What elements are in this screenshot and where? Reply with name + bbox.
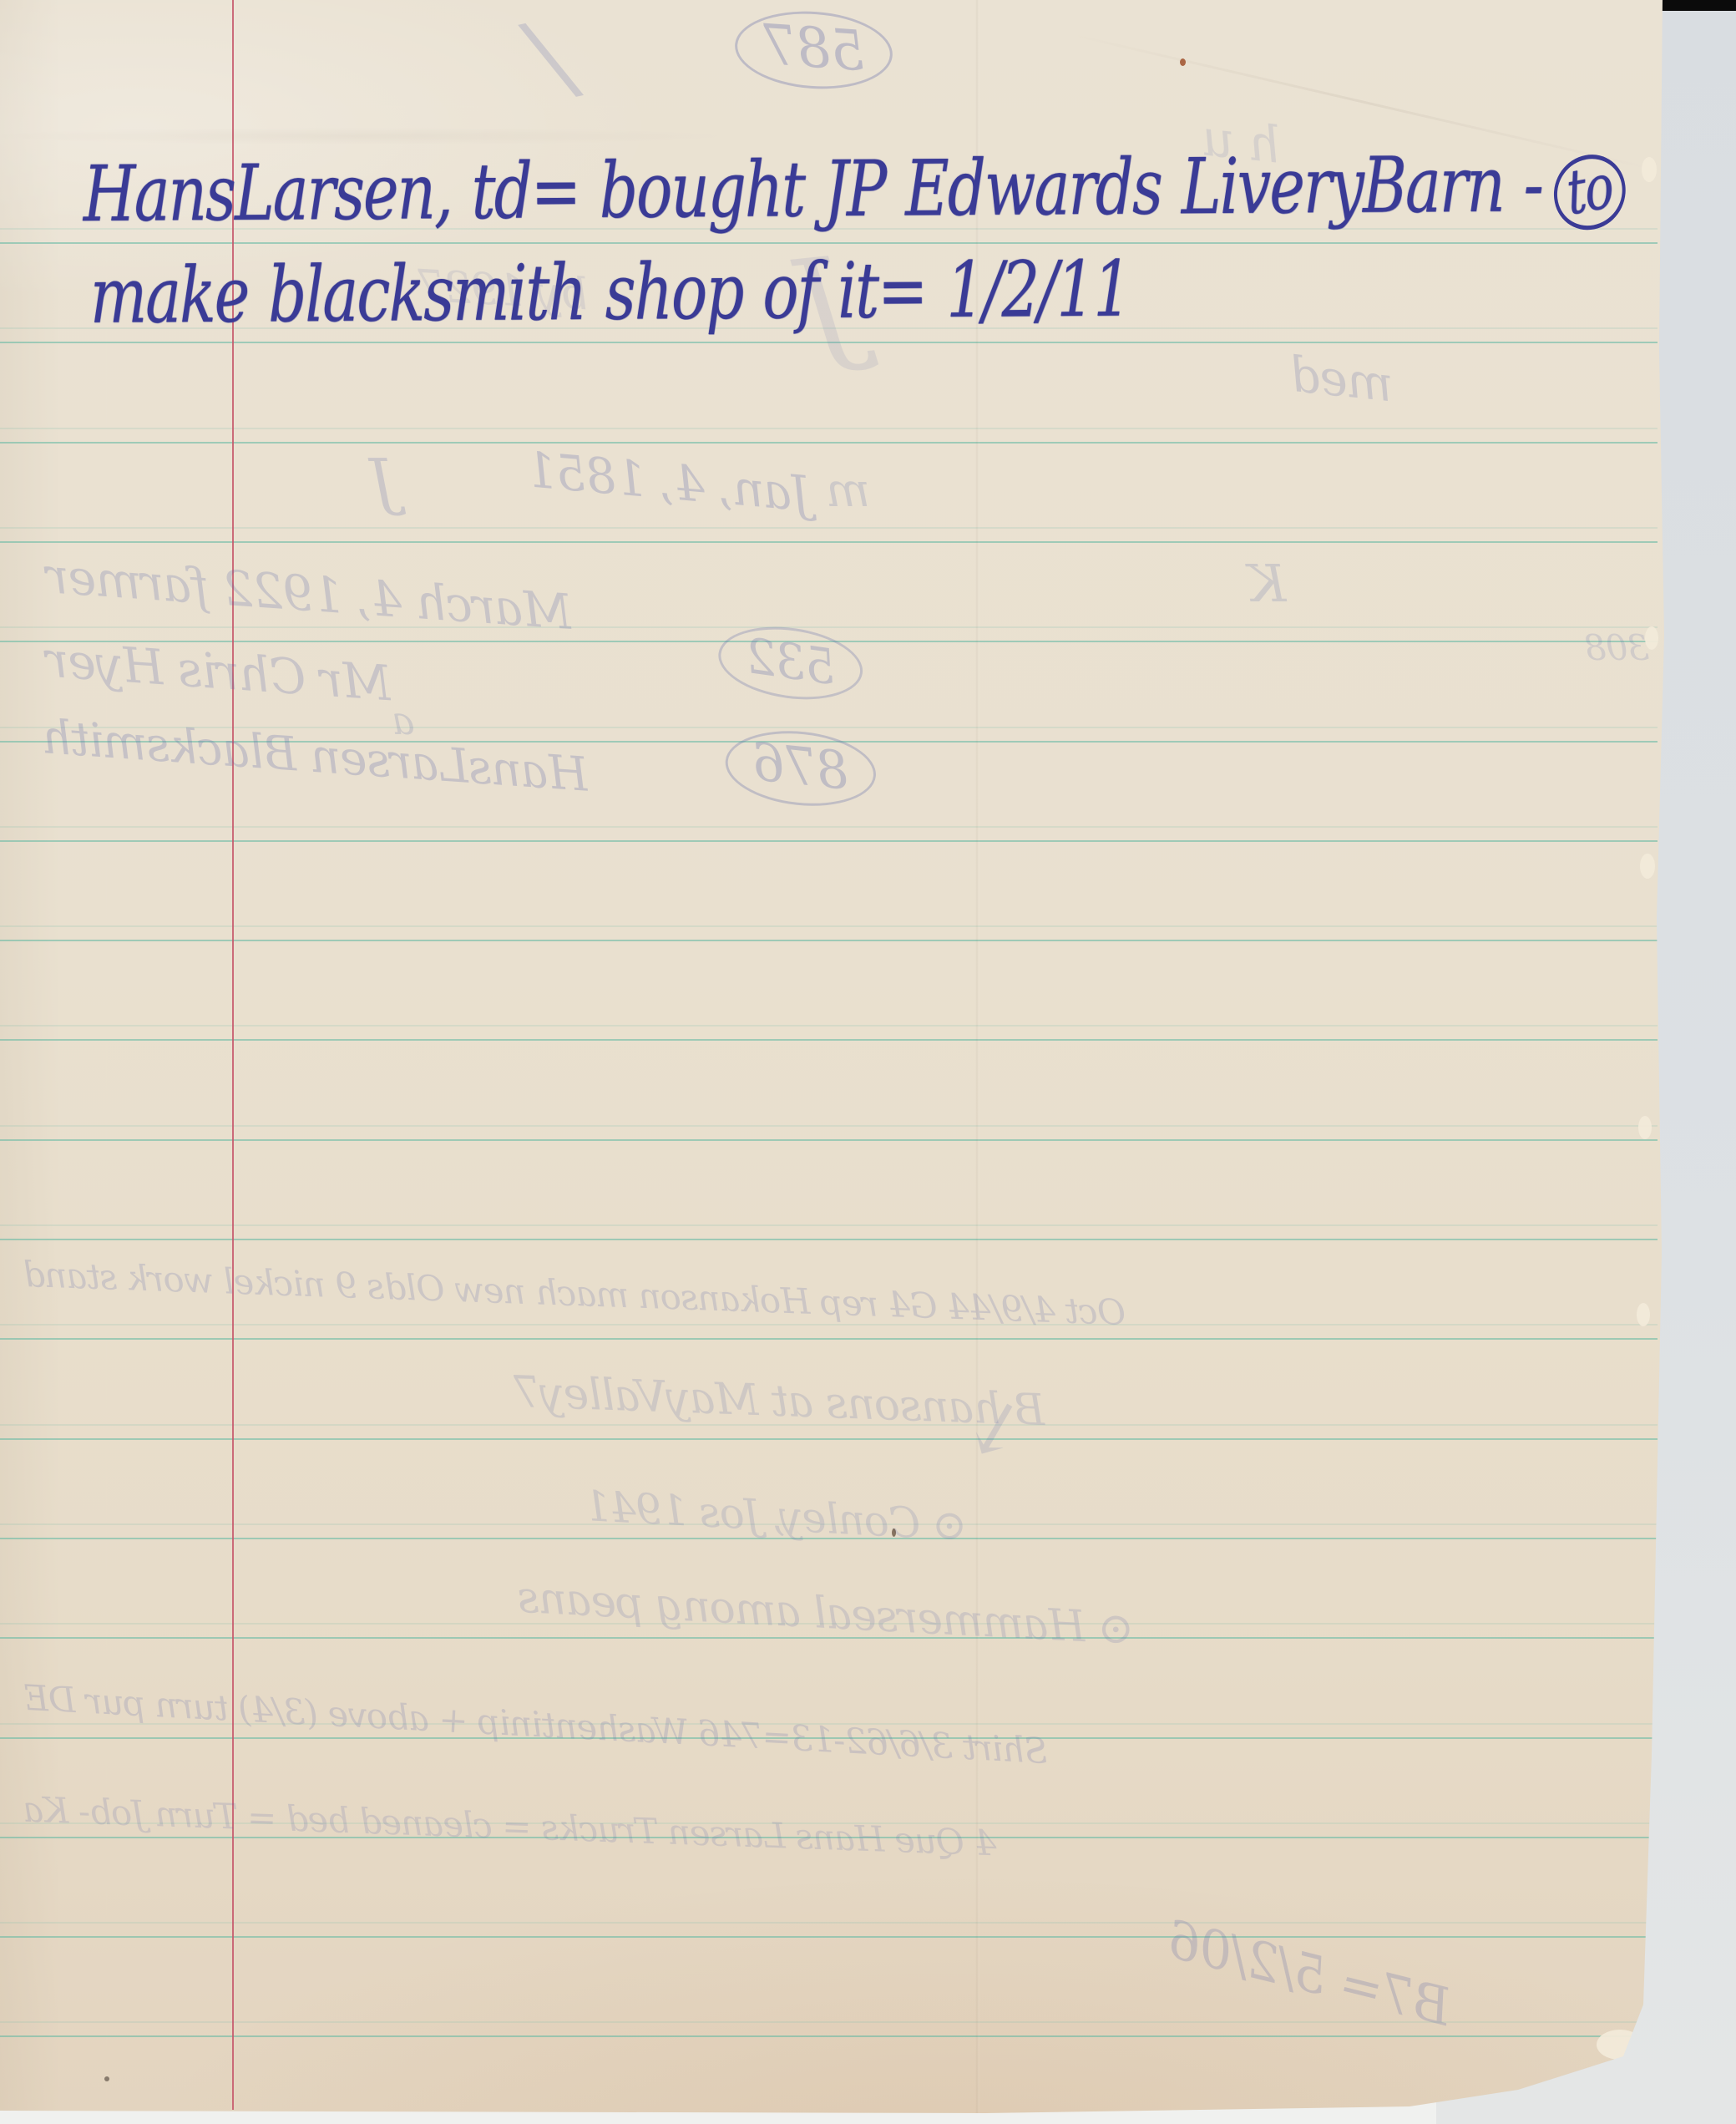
paper-speck [1180, 58, 1186, 66]
bleed-K: K [1248, 558, 1286, 610]
stamp-587: 587 [732, 7, 895, 94]
perforation-nick [1637, 1303, 1650, 1326]
ruled-line [0, 1438, 1658, 1440]
ruled-line [0, 940, 1658, 941]
perforation-nick [1638, 1116, 1652, 1139]
ruled-line-echo [0, 428, 1658, 429]
paper-speck [892, 1528, 896, 1537]
bleed-long-line-2: Shirt 3/6/62-13=746 Washentinip + above … [23, 1680, 1049, 1769]
stamp-876: 876 [721, 724, 880, 813]
ruled-line-echo [0, 925, 1658, 927]
ruled-line-echo [0, 1922, 1658, 1924]
bleed-oval-outline: 532 [714, 618, 868, 707]
bleed-long-line-3: 4 Que Hans Larsen Trucks = cleaned bed =… [23, 1792, 998, 1862]
ruled-line [0, 840, 1658, 842]
perforation-nick [1645, 626, 1658, 650]
paper-speck [104, 2076, 109, 2081]
ruled-line-echo [0, 626, 1658, 628]
ruled-line-echo [0, 527, 1658, 529]
ruled-line [0, 1338, 1658, 1340]
ruled-line [0, 541, 1658, 543]
ruled-line [0, 2035, 1658, 2037]
ruled-line [0, 1239, 1658, 1240]
bleed-name-hyer: Mr Chris Hyer [44, 636, 392, 708]
bleed-long-line-1: Oct 4/9/44 G4 rep Hokanson mach new Olds… [23, 1257, 1126, 1331]
perforation-nick [1642, 157, 1657, 182]
bleed-308: 308 [1585, 631, 1649, 666]
note-line-1-text: HansLarsen, td= bought JP Edwards Livery… [84, 139, 1542, 239]
bleed-J: J [372, 451, 396, 513]
bleed-oval-outline: 876 [721, 724, 880, 813]
check-slash-mark: / [524, 6, 578, 111]
scanned-notebook-page: /587h uJby 1927medJJan, 4, 1851mMarch 4,… [0, 0, 1736, 2124]
ruled-line [0, 1039, 1658, 1041]
bleed-date-1851: Jan, 4, 1851 [524, 445, 812, 519]
bleed-date-1922: March 4, 1922 farmer [45, 551, 574, 636]
ruled-line [0, 1936, 1658, 1938]
stamp-532: 532 [714, 618, 868, 707]
horizontal-crease [0, 125, 793, 147]
notebook-paper: /587h uJby 1927medJJan, 4, 1851mMarch 4,… [0, 0, 1736, 2124]
handwritten-note-line-2: make blacksmith shop of it= 1/2/11 [90, 250, 1131, 334]
bleed-oval-outline: 587 [732, 7, 895, 94]
ruled-line-echo [0, 1224, 1658, 1226]
ruled-line-echo [0, 1025, 1658, 1027]
handwritten-note-line-1: HansLarsen, td= bought JP Edwards Livery… [84, 145, 1626, 240]
bleed-peans: ⊙ Hammerseal among peans [517, 1576, 1135, 1652]
ruled-line-echo [0, 826, 1658, 828]
ruled-line [0, 442, 1658, 444]
bleed-med: med [1288, 350, 1395, 409]
bleed-m: m [827, 468, 870, 515]
ruled-line [0, 1139, 1658, 1141]
bleed-b7-date: B7= 5/2/06 [1163, 1914, 1456, 2034]
perforation-nick [1640, 854, 1655, 879]
scanner-edge-shadow [1658, 0, 1736, 11]
ruled-line-echo [0, 1324, 1658, 1326]
ruled-line-echo [0, 1125, 1658, 1127]
scribbled-to-mark: to [1550, 149, 1629, 236]
